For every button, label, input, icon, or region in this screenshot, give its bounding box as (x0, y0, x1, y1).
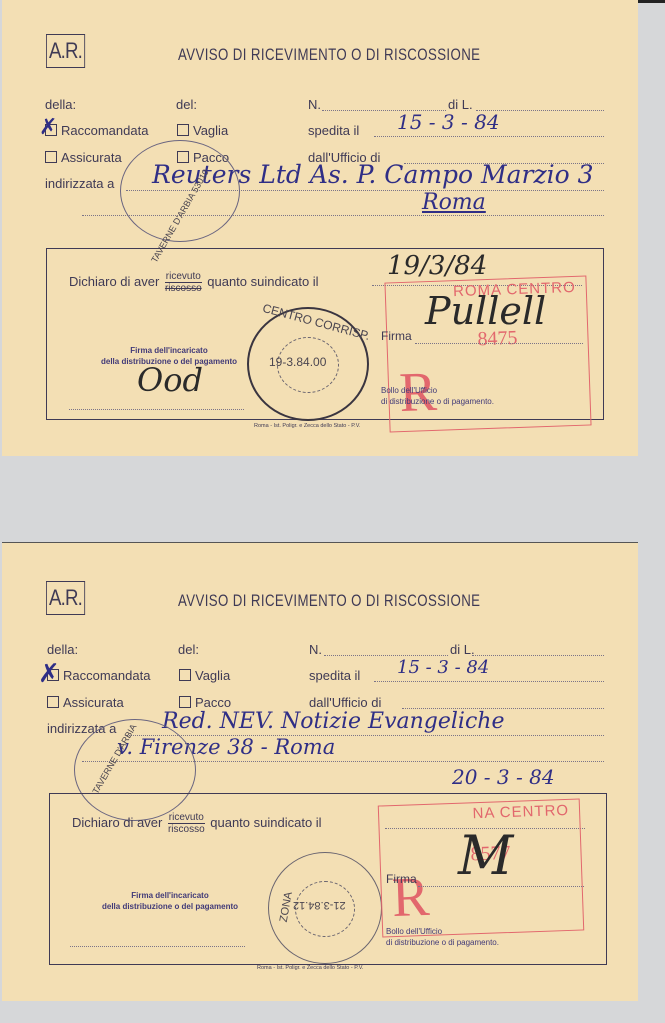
ufficio-label: dall'Ufficio di (309, 695, 381, 710)
checkbox-box[interactable] (177, 124, 189, 136)
checkbox-pacco[interactable]: Pacco (179, 695, 231, 710)
postmark-date: 21-3.84.12 (293, 899, 346, 911)
raccomandata-label: Raccomandata (63, 668, 150, 683)
declaration-line: Dichiaro di aver ricevutoriscosso quanto… (72, 812, 322, 835)
form-title: AVVISO DI RICEVIMENTO O DI RISCOSSIONE (178, 45, 480, 65)
arrival-postmark: ZONA 21-3.84.12 (268, 852, 382, 964)
checkbox-vaglia[interactable]: Vaglia (177, 123, 228, 138)
vaglia-label: Vaglia (193, 123, 228, 138)
frac-bottom: riscosso (168, 824, 205, 835)
address-handwritten-1: Red. NEV. Notizie Evangeliche (162, 709, 504, 734)
della-label: della: (47, 642, 78, 657)
check-x-icon: ✗ (38, 659, 60, 689)
declaration-suffix: quanto suindicato il (210, 815, 321, 830)
handwritten-extra-date: 20 - 3 - 84 (452, 765, 555, 789)
frac-top: ricevuto (168, 812, 205, 824)
indirizzata-label: indirizzata a (45, 176, 114, 191)
bollo-label: Bollo dell'Ufficio di distribuzione o di… (381, 385, 494, 407)
assicurata-label: Assicurata (61, 150, 122, 165)
frac-bottom: riscosso (165, 283, 202, 294)
lire-label: di L. (450, 642, 475, 657)
spedita-date: 15 - 3 - 84 (397, 657, 489, 678)
address-handwritten-2: Roma (422, 190, 486, 215)
declaration-box: Dichiaro di aver ricevutoriscosso quanto… (49, 793, 607, 965)
received-collected-fraction: ricevutoriscosso (168, 812, 205, 835)
printer-footer: Roma - Ist. Poligr. e Zecca dello Stato … (254, 423, 360, 429)
recipient-signature: Pullell (425, 289, 546, 333)
firma-line (415, 343, 583, 344)
declaration-box: Dichiaro di aver ricevutoriscosso quanto… (46, 248, 604, 420)
form-title: AVVISO DI RICEVIMENTO O DI RISCOSSIONE (178, 591, 480, 611)
spedita-label: spedita il (309, 668, 360, 683)
declaration-line: Dichiaro di aver ricevutoriscosso quanto… (69, 271, 319, 294)
spedita-line (374, 681, 604, 682)
checkbox-box[interactable] (179, 669, 191, 681)
checkbox-vaglia[interactable]: Vaglia (179, 668, 230, 683)
number-label: N. (309, 642, 322, 657)
checkbox-raccomandata[interactable]: Raccomandata (47, 668, 150, 683)
del-label: del: (178, 642, 199, 657)
firma-label: Firma (381, 329, 412, 343)
incaricato-signature-line (70, 946, 245, 947)
recipient-signature: M (458, 824, 513, 887)
red-stamp-office: NA CENTRO (472, 802, 569, 822)
firma-label: Firma (386, 872, 417, 886)
received-collected-fraction: ricevutoriscosso (165, 271, 202, 294)
checkbox-box[interactable] (47, 696, 59, 708)
declaration-prefix: Dichiaro di aver (72, 815, 162, 830)
check-x-icon: ✗ (39, 115, 57, 140)
del-label: del: (176, 97, 197, 112)
assicurata-label: Assicurata (63, 695, 124, 710)
receipt-card-2: A.R. AVVISO DI RICEVIMENTO O DI RISCOSSI… (2, 542, 638, 1001)
declaration-prefix: Dichiaro di aver (69, 274, 159, 289)
incaricato-signature: Ood (137, 361, 203, 399)
checkbox-assicurata[interactable]: Assicurata (45, 150, 122, 165)
ar-label: A.R. (46, 581, 85, 615)
declaration-date: 19/3/84 (387, 251, 487, 281)
checkbox-raccomandata[interactable]: Raccomandata (45, 123, 148, 138)
bollo-label: Bollo dell'Ufficio di distribuzione o di… (386, 926, 499, 948)
ar-label: A.R. (46, 34, 85, 68)
receipt-card-1: A.R. AVVISO DI RICEVIMENTO O DI RISCOSSI… (2, 0, 638, 456)
origin-postmark-text: TAVERNE D'ARBIA (90, 722, 138, 795)
vaglia-label: Vaglia (195, 668, 230, 683)
incaricato-label: Firma dell'incaricato della distribuzion… (70, 890, 270, 912)
incaricato-signature-line (69, 409, 244, 410)
checkbox-box[interactable] (45, 151, 57, 163)
raccomandata-label: Raccomandata (61, 123, 148, 138)
postmark-top-text: CENTRO CORRISP. (261, 301, 371, 343)
scan-edge (638, 0, 665, 3)
spedita-date: 15 - 3 - 84 (397, 110, 500, 134)
arrival-postmark: CENTRO CORRISP. 19-3.84.00 (247, 307, 369, 421)
frac-top: ricevuto (165, 271, 202, 283)
spedita-label: spedita il (308, 123, 359, 138)
spedita-line (374, 136, 604, 137)
checkbox-box[interactable] (179, 696, 191, 708)
declaration-suffix: quanto suindicato il (207, 274, 318, 289)
number-line (324, 655, 448, 656)
printer-footer: Roma - Ist. Poligr. e Zecca dello Stato … (257, 965, 363, 971)
number-label: N. (308, 97, 321, 112)
della-label: della: (45, 97, 76, 112)
pacco-label: Pacco (195, 695, 231, 710)
postmark-date: 19-3.84.00 (269, 355, 326, 369)
lire-line (472, 655, 604, 656)
checkbox-assicurata[interactable]: Assicurata (47, 695, 124, 710)
origin-postmark: TAVERNE D'ARBIA 53010 (120, 140, 240, 242)
